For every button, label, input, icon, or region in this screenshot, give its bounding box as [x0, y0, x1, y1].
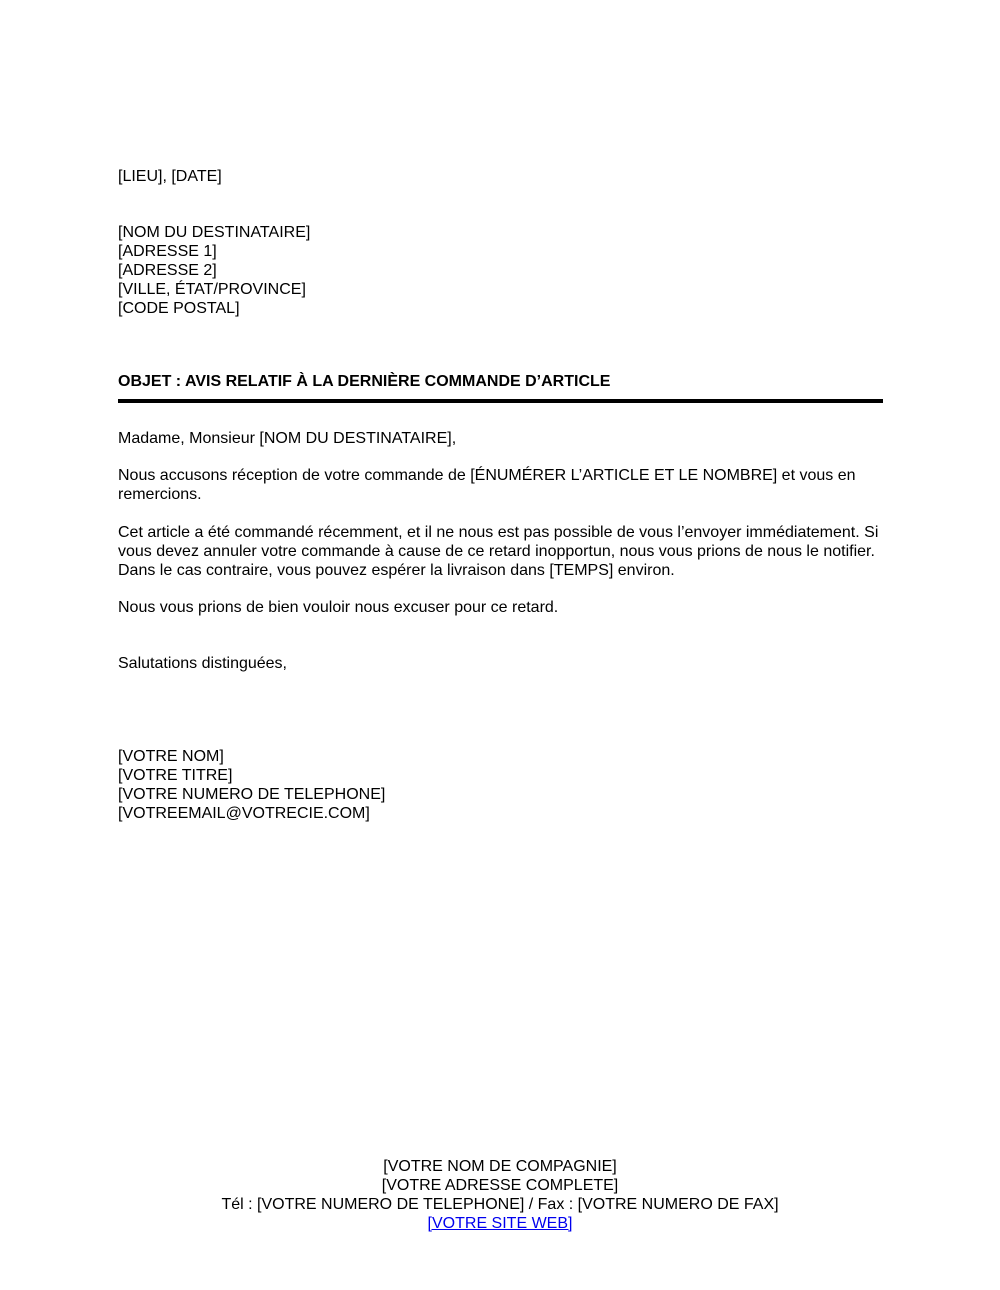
- sender-name: [VOTRE NOM]: [118, 747, 385, 766]
- body-paragraph-1: Nous accusons réception de votre command…: [118, 466, 888, 504]
- subject-divider: [118, 399, 883, 403]
- recipient-address-1: [ADRESSE 1]: [118, 242, 310, 261]
- body-paragraph-3: Nous vous prions de bien vouloir nous ex…: [118, 598, 888, 617]
- closing: Salutations distinguées,: [118, 654, 888, 673]
- recipient-name: [NOM DU DESTINATAIRE]: [118, 223, 310, 242]
- footer-company: [VOTRE NOM DE COMPAGNIE]: [0, 1157, 1000, 1176]
- greeting: Madame, Monsieur [NOM DU DESTINATAIRE],: [118, 429, 888, 448]
- sender-phone: [VOTRE NUMERO DE TELEPHONE]: [118, 785, 385, 804]
- sender-title: [VOTRE TITRE]: [118, 766, 385, 785]
- subject-line: OBJET : AVIS RELATIF À LA DERNIÈRE COMMA…: [118, 372, 610, 391]
- recipient-city-state: [VILLE, ÉTAT/PROVINCE]: [118, 280, 310, 299]
- sender-email: [VOTREEMAIL@VOTRECIE.COM]: [118, 804, 385, 823]
- signature-block: [VOTRE NOM] [VOTRE TITRE] [VOTRE NUMERO …: [118, 747, 385, 823]
- footer-contact: Tél : [VOTRE NUMERO DE TELEPHONE] / Fax …: [0, 1195, 1000, 1214]
- letter-footer: [VOTRE NOM DE COMPAGNIE] [VOTRE ADRESSE …: [0, 1157, 1000, 1233]
- footer-address: [VOTRE ADRESSE COMPLETE]: [0, 1176, 1000, 1195]
- recipient-address: [NOM DU DESTINATAIRE] [ADRESSE 1] [ADRES…: [118, 223, 310, 318]
- body-paragraph-2: Cet article a été commandé récemment, et…: [118, 523, 888, 580]
- footer-website-link[interactable]: [VOTRE SITE WEB]: [428, 1215, 573, 1232]
- recipient-address-2: [ADRESSE 2]: [118, 261, 310, 280]
- place-date: [LIEU], [DATE]: [118, 167, 222, 186]
- recipient-postal-code: [CODE POSTAL]: [118, 299, 310, 318]
